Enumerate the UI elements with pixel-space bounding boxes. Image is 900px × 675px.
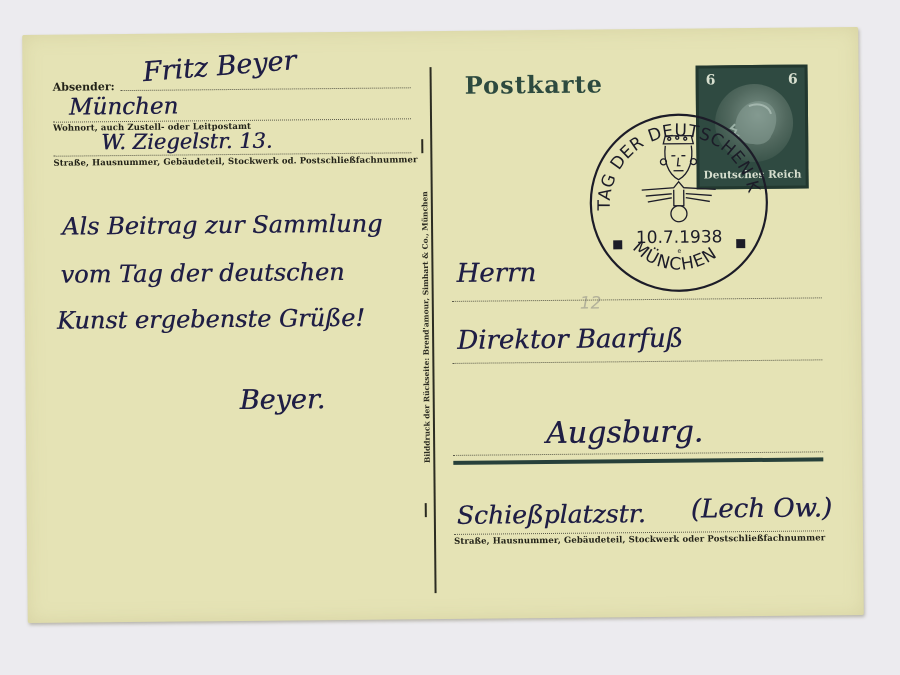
message-line-3: Kunst ergebenste Grüße! — [57, 304, 365, 335]
postmark-cancellation: TAG DER DEUTSCHEN KUNST MÜNCHEN — [585, 109, 773, 297]
sender-name-line — [121, 87, 411, 91]
sender-name: Fritz Beyer — [142, 45, 298, 88]
postmark-emblem-left-icon — [613, 240, 622, 249]
credit-bar-bottom — [425, 503, 427, 517]
sender-street-caption: Straße, Hausnummer, Gebäudeteil, Stockwe… — [53, 155, 417, 168]
svg-text:e: e — [677, 248, 681, 255]
message-line-1: Als Beitrag zur Sammlung — [62, 210, 383, 241]
recipient-city-rule — [453, 457, 823, 465]
postmark-emblem-right-icon — [736, 239, 745, 248]
recipient-city-line — [453, 451, 823, 456]
recipient-line-2 — [452, 359, 822, 364]
credit-bar-top — [421, 139, 423, 153]
recipient-street-caption: Straße, Hausnummer, Gebäudeteil, Stockwe… — [454, 533, 825, 547]
eagle-emblem-icon — [642, 181, 716, 222]
sender-street: W. Ziegelstr. 13. — [101, 129, 273, 155]
recipient-city: Augsburg. — [546, 415, 704, 452]
svg-text:10.7.1938: 10.7.1938 — [636, 227, 723, 248]
message-line-2: vom Tag der deutschen — [60, 258, 344, 289]
postcard-title: Postkarte — [465, 69, 603, 99]
sender-city: München — [69, 94, 179, 121]
printer-credit: Bilddruck der Rückseite: Brend'amour, Si… — [420, 191, 432, 463]
recipient-name: Direktor Baarfuß — [457, 324, 683, 356]
recipient-street: Schießplatzstr. — [457, 499, 646, 530]
recipient-region: (Lech Ow.) — [691, 493, 833, 524]
divider-line — [430, 67, 437, 593]
recipient-salutation: Herrn — [456, 258, 536, 289]
recipient-line-1 — [452, 297, 822, 302]
pencil-mark: 12 — [580, 293, 602, 313]
signature: Beyer. — [240, 384, 326, 416]
postcard: Absender: Fritz Beyer München Wohnort, a… — [22, 27, 864, 623]
sender-label: Absender: — [53, 80, 115, 94]
